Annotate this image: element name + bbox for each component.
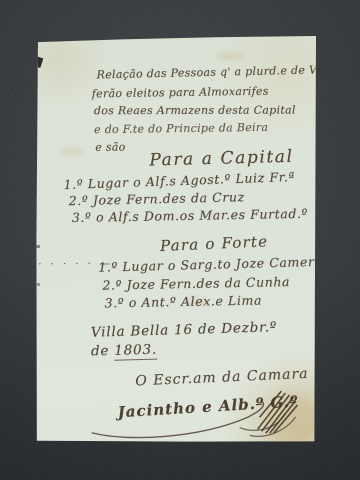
list-item-capital-3: 3.º o Alf.s Dom.os Mar.es Furtad.º — [72, 206, 308, 225]
title-line: Relação das Pessoas q' a plurd.e de Voto… — [96, 63, 340, 82]
dateline-year: de 1803. — [91, 342, 157, 360]
title-line: e do F.te do Principe da Beira — [94, 121, 268, 136]
title-line: ferão eleitos para Almoxarifes — [92, 85, 269, 101]
list-item-capital-2: 2.º Joze Fern.des da Cruz — [68, 189, 244, 208]
title-line: e são — [95, 140, 125, 153]
section-heading-capital: Para a Capital — [149, 147, 294, 171]
list-item-forte-2: 2.º Joze Fern.des da Cunha — [102, 274, 290, 293]
list-item-forte-3: 3.º o Ant.º Alex.e Lima — [104, 292, 262, 310]
closing-line: O Escr.am da Camara — [135, 366, 309, 390]
dateline-year-prefix: de — [91, 343, 115, 360]
list-item-capital-1: 1.º Lugar o Alf.s Agost.º Luiz Fr.ª — [63, 169, 295, 192]
dateline: Villa Bella 16 de Dezbr.º — [91, 319, 278, 341]
signature-flourish — [89, 387, 307, 447]
title-line: dos Reaes Armazens desta Capital — [94, 103, 296, 117]
manuscript-paper: Relação das Pessoas q' a plurd.e de Voto… — [36, 36, 316, 442]
list-item-forte-1: 1.º Lugar o Sarg.to Joze Camera — [98, 254, 323, 275]
section-heading-forte: Para o Forte — [160, 232, 269, 255]
handwriting-block: Relação das Pessoas q' a plurd.e de Voto… — [34, 35, 318, 443]
year-underlined: 1803. — [114, 342, 157, 361]
